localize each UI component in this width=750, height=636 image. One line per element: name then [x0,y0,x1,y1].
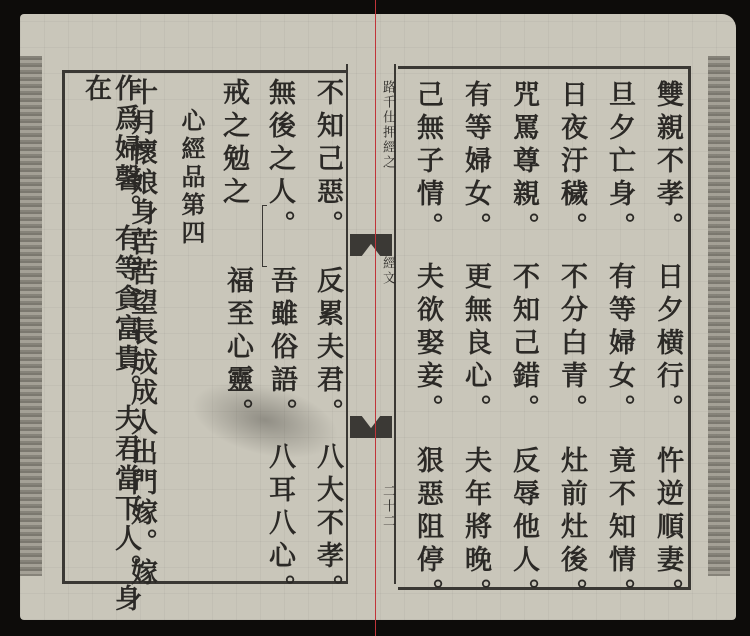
text-column: 有等婦女。 [460,80,490,245]
text-column: 雙親不孝。 [652,80,682,245]
text-column: 竟不知情。 [604,446,634,611]
text-column: 夫年將晚。 [460,446,490,611]
text-column: 不知己錯。 [508,262,538,427]
fishtail-upper-icon [350,234,392,256]
prose-column: 作爲婦馨。有等貪富貴。夫君當下人。身在 [80,74,140,636]
page-edge-right [708,56,730,576]
fold-rule-left [346,64,348,584]
text-column: 日夜汙穢。 [556,80,586,245]
text-column: 不分白青。 [556,262,586,427]
text-column: 更無良心。 [460,262,490,427]
text-column: 八耳八心。 [264,442,294,607]
chapter-heading: 心經品第四 [176,108,206,248]
fold-page-number: 二十二 [380,484,394,529]
text-column: 狠惡阻停。 [412,446,442,611]
text-column: 夫欲娶妾。 [412,262,442,427]
page-edge-left [20,56,42,576]
heading-bracket [262,205,267,267]
text-column: 無後之人。 [264,78,294,243]
fold-title: 路千仕押經之 [380,80,394,170]
text-column: 反辱他人。 [508,446,538,611]
text-column: 咒罵尊親。 [508,80,538,245]
text-column: 己無子情。 [412,80,442,245]
text-column: 忤逆順妻。 [652,446,682,611]
text-column: 日夕横行。 [652,262,682,427]
text-column: 旦夕亡身。 [604,80,634,245]
fishtail-lower-icon [350,416,392,438]
center-red-line [375,0,376,636]
text-column: 不知己惡。 [312,78,342,243]
text-column: 有等婦女。 [604,262,634,427]
text-column: 戒之勉之 [218,78,248,210]
text-column: 灶前灶後。 [556,446,586,611]
fold-section: 經文 [380,256,394,286]
